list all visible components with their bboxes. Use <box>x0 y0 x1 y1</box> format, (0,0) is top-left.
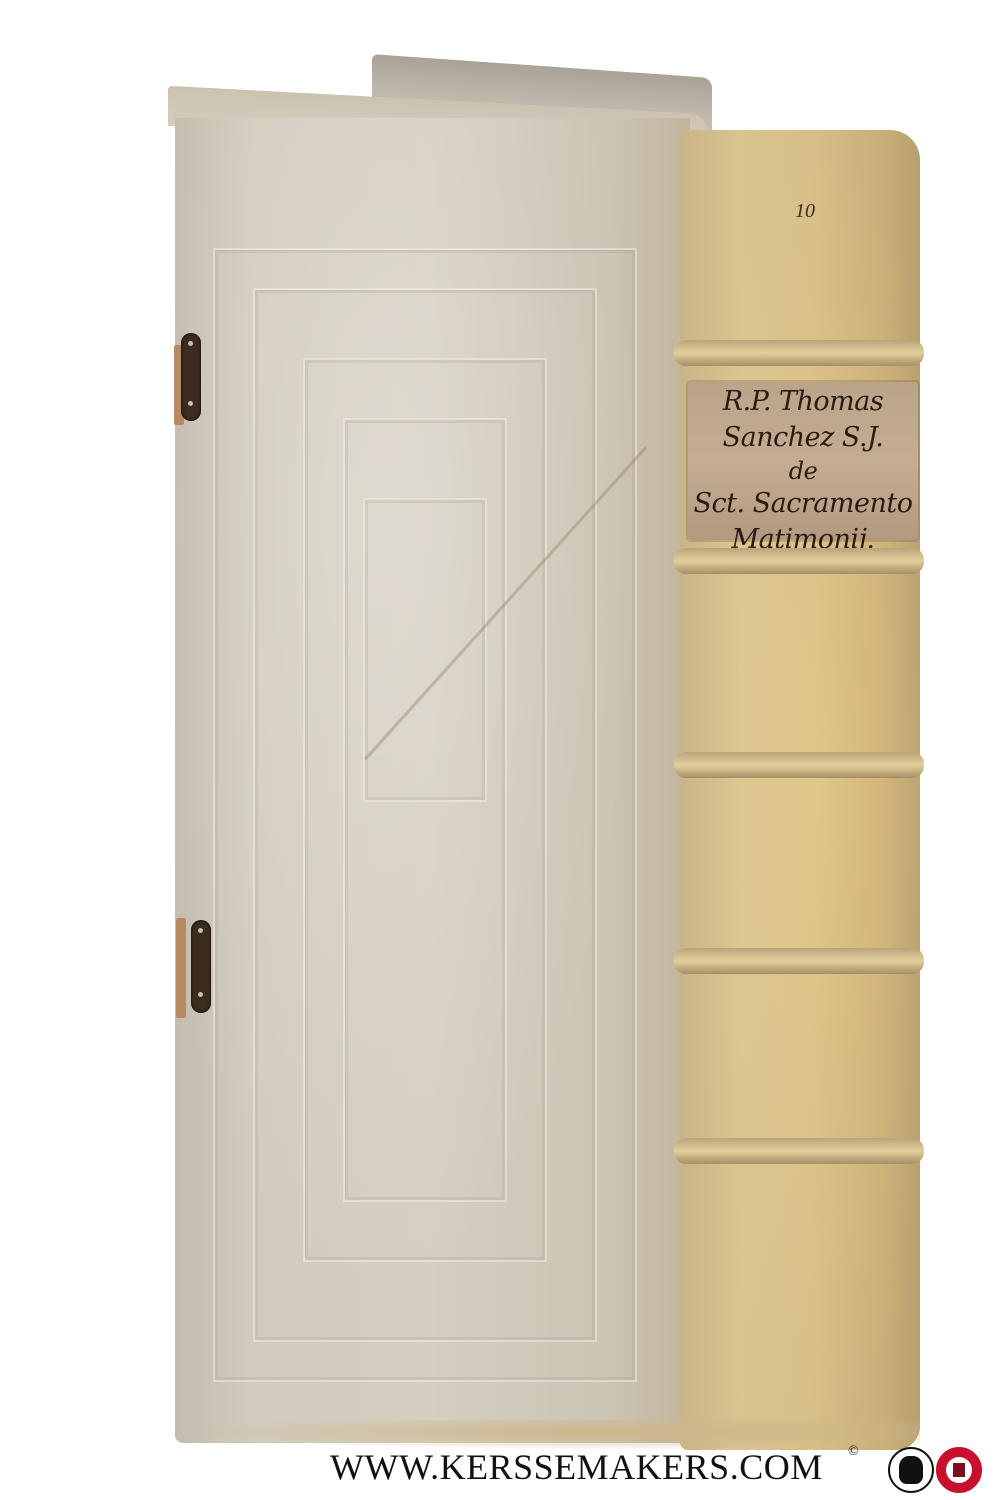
tooled-panel-center <box>363 498 487 802</box>
raised-band-4 <box>674 948 924 974</box>
ilab-logo-icon <box>936 1447 982 1493</box>
spine-label-line-1: R.P. Thomas <box>688 384 918 420</box>
raised-band-5 <box>674 1138 924 1164</box>
spine-label: R.P. Thomas Sanchez S.J. de Sct. Sacrame… <box>688 382 918 540</box>
spine-label-line-3: de <box>688 456 918 486</box>
books-emblem-icon <box>953 1463 965 1477</box>
spine-shelfmark: 10 <box>795 200 815 223</box>
raised-band-2 <box>674 548 924 574</box>
book-photo: 10 R.P. Thomas Sanchez S.J. de Sct. Sacr… <box>0 0 1000 1500</box>
lower-clasp-strap <box>176 918 186 1018</box>
raised-band-3 <box>674 752 924 778</box>
spine: 10 R.P. Thomas Sanchez S.J. de Sct. Sacr… <box>680 130 920 1450</box>
spine-label-line-2: Sanchez S.J. <box>688 420 918 456</box>
nva-society-logo-icon <box>888 1447 934 1493</box>
raised-band-1 <box>674 340 924 366</box>
copyright-symbol: © <box>848 1444 859 1460</box>
front-cover <box>175 118 690 1443</box>
spine-label-line-4: Sct. Sacramento <box>688 486 918 522</box>
watermark-url: WWW.KERSSEMAKERS.COM <box>330 1446 823 1488</box>
upper-clasp-plate-icon <box>181 333 201 421</box>
mercury-figure-icon <box>899 1456 923 1484</box>
lower-clasp-plate-icon <box>191 920 211 1013</box>
